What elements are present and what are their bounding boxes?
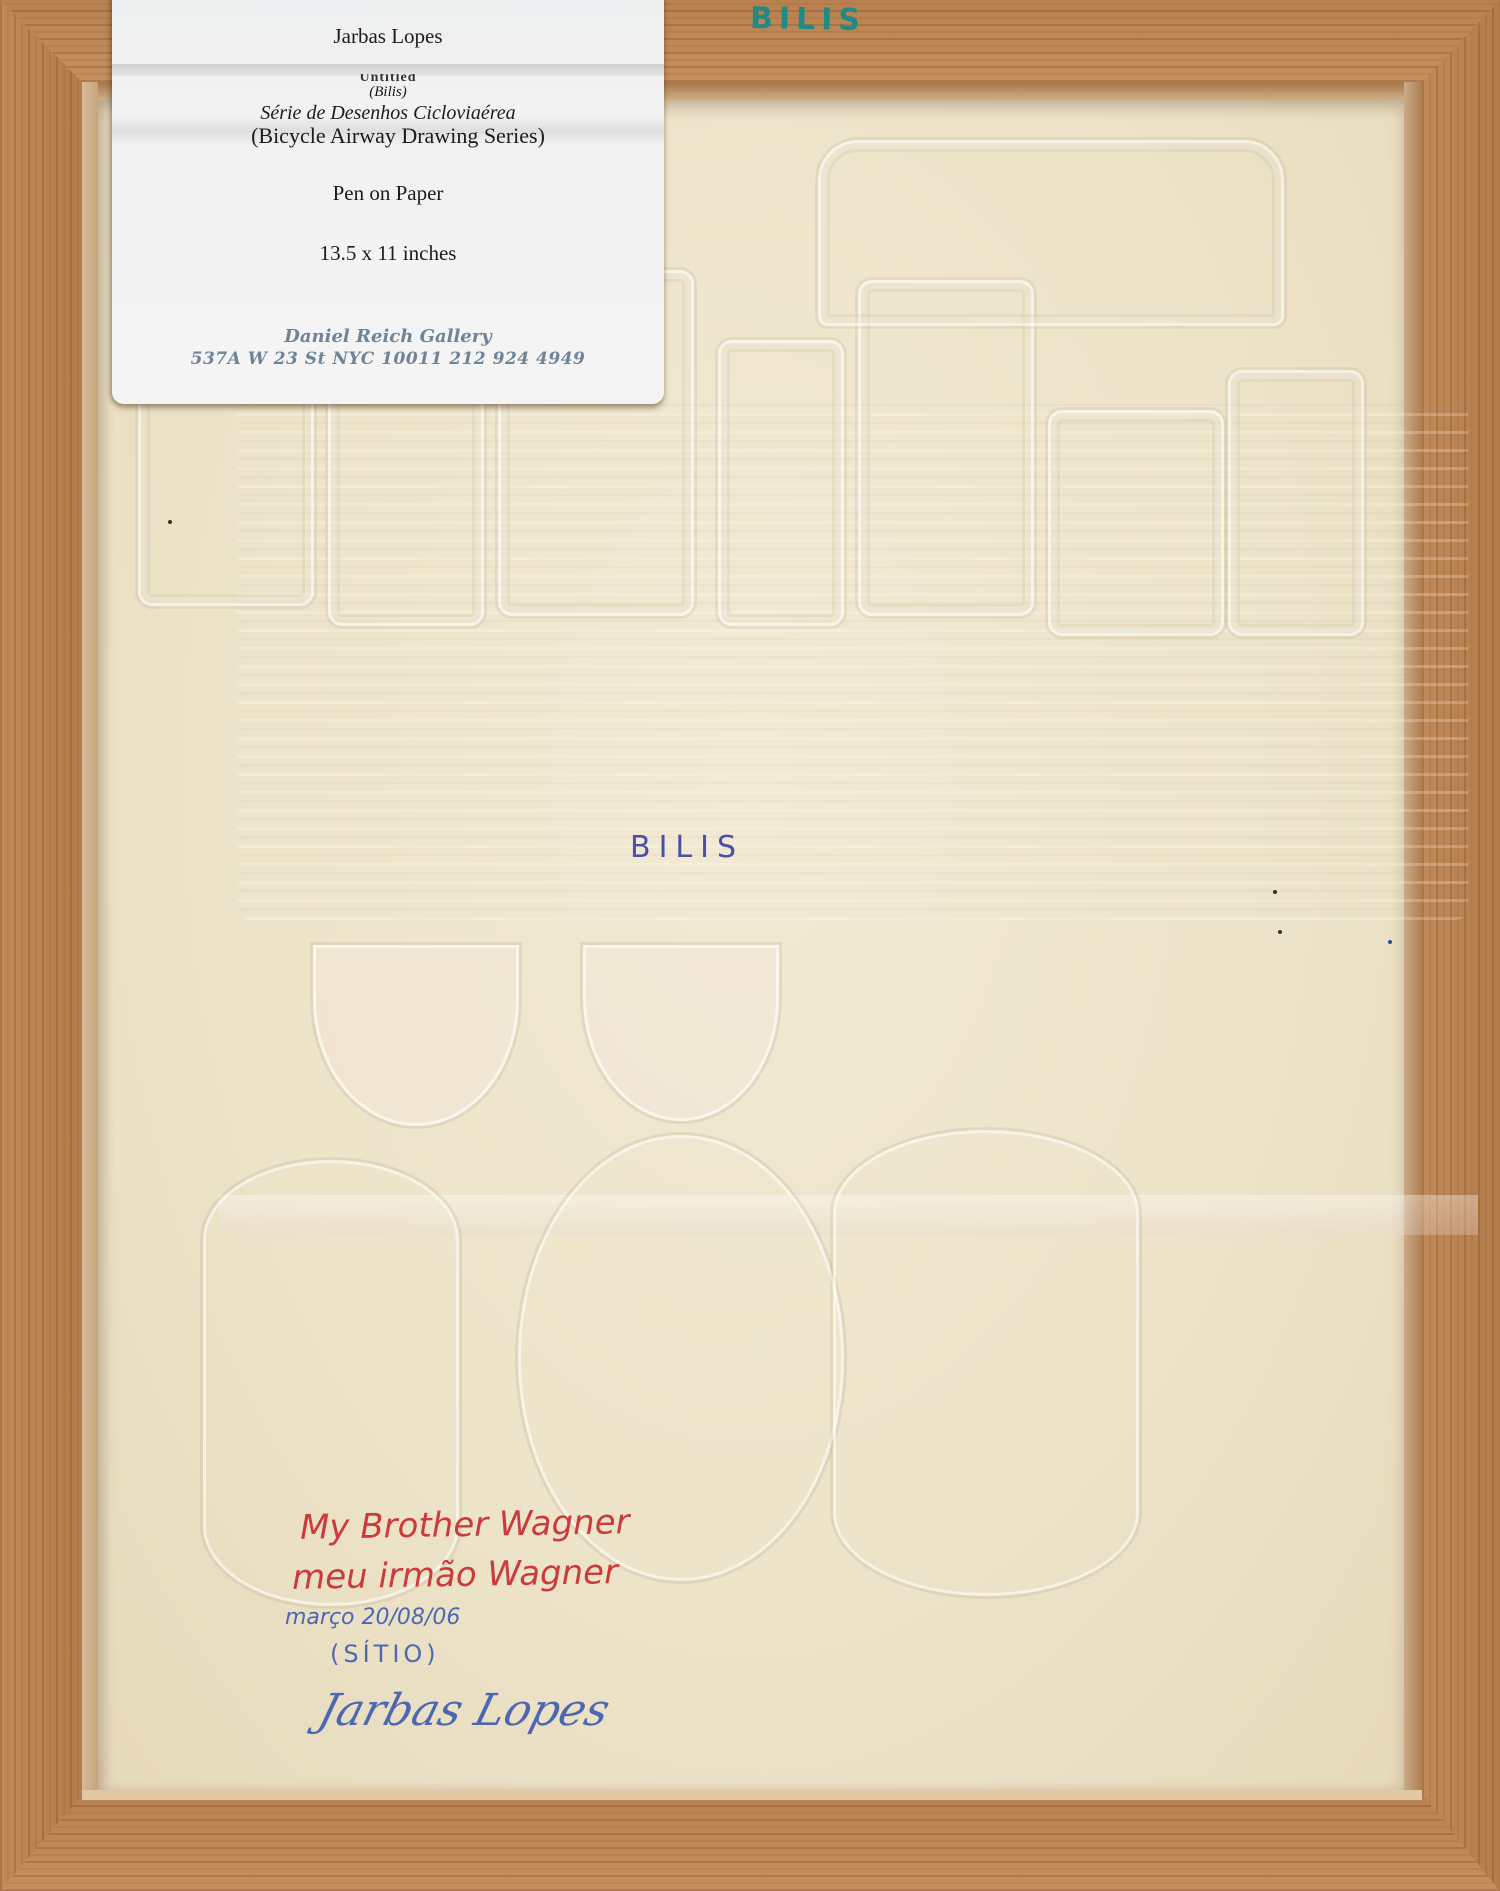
embossed-bowl	[313, 945, 519, 1126]
embossed-letter	[1228, 370, 1364, 636]
ink-speck	[1388, 940, 1392, 944]
embossed-letter	[1048, 410, 1224, 636]
embossed-drum	[833, 1130, 1139, 1596]
frame-right-rail	[1422, 0, 1500, 1891]
title-inscription: BILIS	[630, 830, 744, 865]
dedication-portuguese: meu irmão Wagner	[292, 1552, 619, 1598]
frame-left-rail	[0, 0, 82, 1891]
label-series-english: (Bicycle Airway Drawing Series)	[122, 123, 674, 149]
frame-bottom-rail	[0, 1795, 1500, 1891]
embossed-bowl	[583, 945, 779, 1121]
label-subtitle: (Bilis)	[112, 84, 664, 101]
gallery-label: Jarbas Lopes Untitled (Bilis) Série de D…	[112, 0, 664, 404]
frame-inner-lip-right	[1404, 82, 1422, 1795]
label-series-portuguese: Série de Desenhos Cicloviaérea	[112, 102, 664, 125]
label-artist: Jarbas Lopes	[112, 24, 664, 49]
ink-speck	[1273, 890, 1277, 894]
embossed-letter	[718, 340, 844, 626]
embossed-letter	[818, 140, 1284, 326]
label-medium: Pen on Paper	[112, 181, 664, 206]
frame-inner-lip-left	[82, 82, 98, 1795]
dedication-english: My Brother Wagner	[300, 1502, 630, 1548]
date-inscription: março 20/08/06	[285, 1605, 460, 1630]
embossed-letter	[858, 280, 1034, 616]
frame-inner-lip-bottom	[82, 1790, 1422, 1800]
label-gallery-address: 537A W 23 St NYC 10011 212 924 4949	[112, 349, 664, 369]
artist-signature: Jarbas Lopes	[313, 1685, 615, 1736]
ink-speck	[1278, 930, 1282, 934]
label-title: Untitled	[112, 74, 664, 82]
label-gallery-name: Daniel Reich Gallery	[112, 326, 664, 347]
place-inscription: (SÍTIO)	[330, 1640, 440, 1668]
ink-speck	[168, 520, 172, 524]
frame-marker-inscription: BILIS	[750, 1, 867, 38]
label-dimensions: 13.5 x 11 inches	[112, 241, 664, 266]
